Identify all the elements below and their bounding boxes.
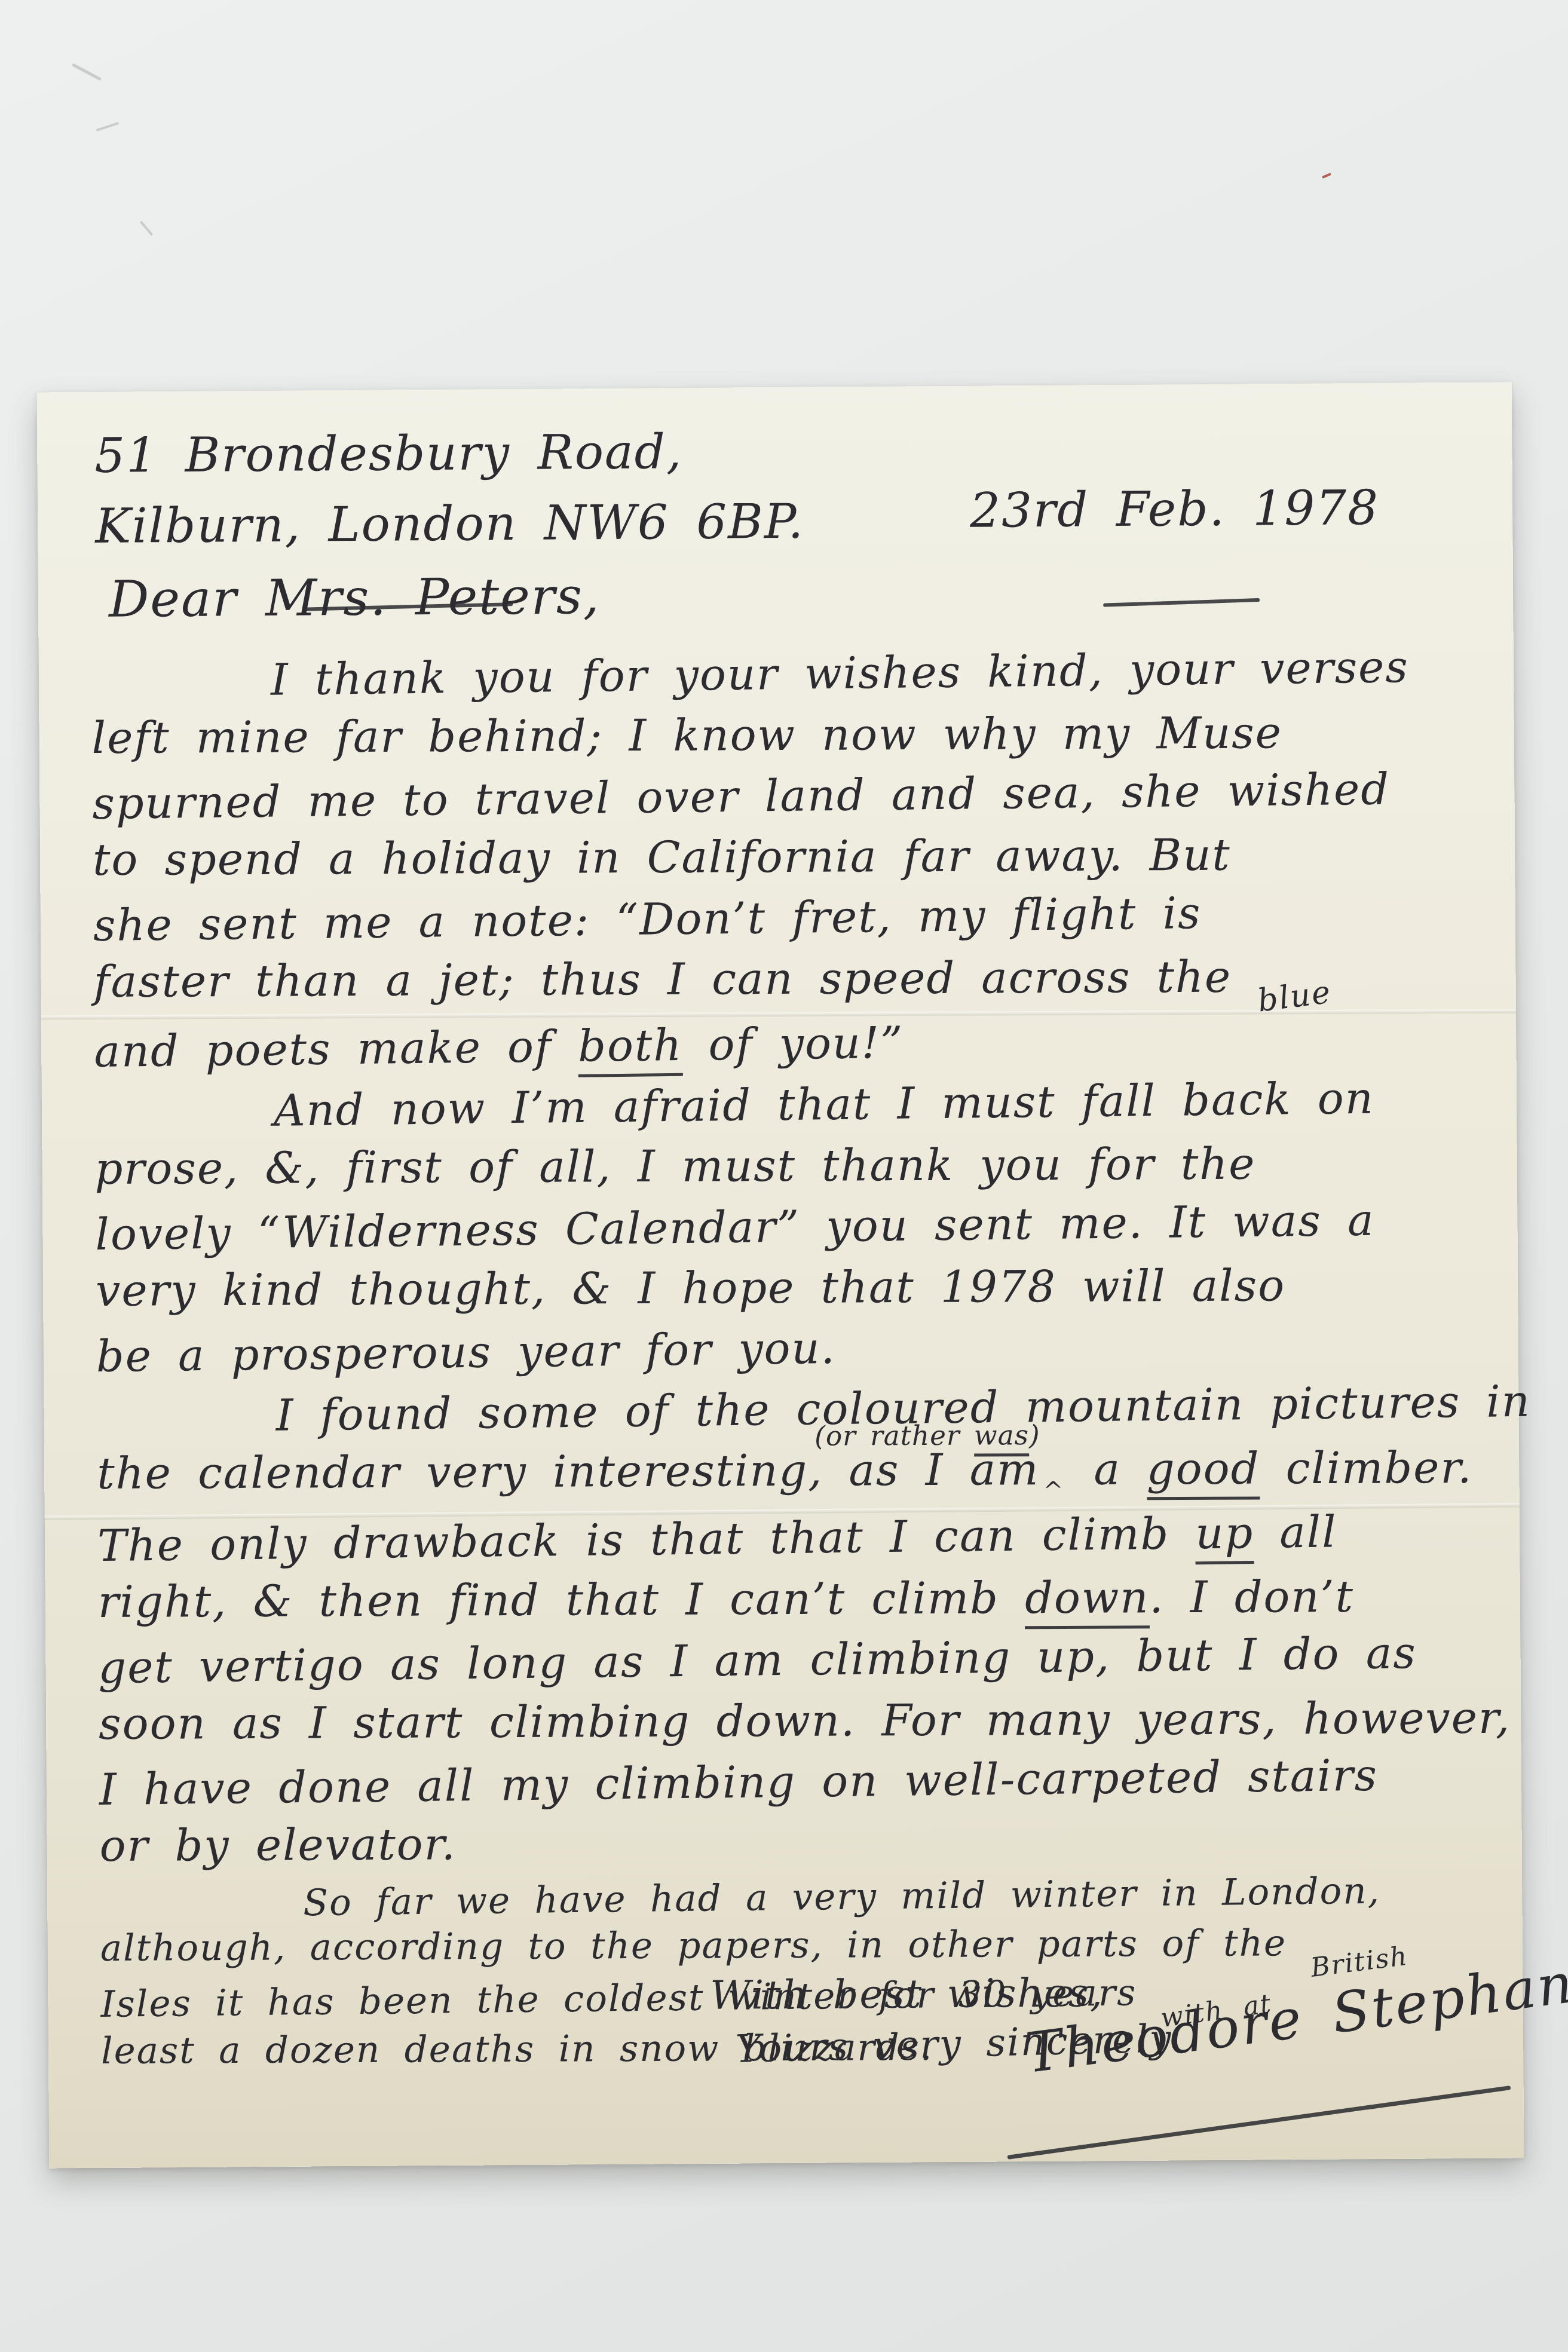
letter-line: prose, &, first of all, I must thank you… bbox=[95, 1133, 1475, 1200]
letter-line: to spend a holiday in California far awa… bbox=[93, 824, 1473, 891]
underlined-word: both bbox=[578, 1020, 683, 1077]
background-smudge bbox=[140, 220, 153, 236]
signature-flourish bbox=[1007, 2085, 1511, 2160]
letter-line: the calendar very interesting, as I am^ … bbox=[97, 1438, 1477, 1511]
letter-date: 23rd Feb. 1978 bbox=[970, 480, 1379, 538]
background-smudge bbox=[96, 122, 119, 131]
letter-body: I thank you for your wishes kind, your v… bbox=[91, 639, 1482, 2077]
photo-background: 51 Brondesbury Road, Kilburn, London NW6… bbox=[0, 0, 1568, 2352]
letter-sheet: 51 Brondesbury Road, Kilburn, London NW6… bbox=[37, 382, 1524, 2168]
letter-line: get vertigo as long as I am climbing up,… bbox=[98, 1622, 1479, 1699]
salutation: Dear Mrs. Peters, bbox=[109, 566, 601, 629]
letter-paragraph: And now I’m afraid that I must fall back… bbox=[94, 1070, 1477, 1385]
letter-line: left mine far behind; I know now why my … bbox=[91, 702, 1472, 769]
letter-line: lovely “Wilderness Calendar” you sent me… bbox=[95, 1189, 1476, 1266]
letter-line: faster than a jet; thus I can speed acro… bbox=[93, 946, 1474, 1017]
letter-line: she sent me a note: “Don’t fret, my flig… bbox=[93, 880, 1474, 957]
letter-paragraph: I thank you for your wishes kind, your v… bbox=[91, 639, 1475, 1080]
date-underline bbox=[1103, 598, 1260, 607]
letter-line: I thank you for your wishes kind, your v… bbox=[91, 636, 1472, 713]
letter-line: spurned me to travel over land and sea, … bbox=[92, 758, 1473, 835]
underlined-word: good bbox=[1147, 1443, 1260, 1500]
sender-address: 51 Brondesbury Road, Kilburn, London NW6… bbox=[94, 416, 804, 562]
interline-insertion: (or rather was) bbox=[814, 1405, 1040, 1467]
letter-line: very kind thought, & I hope that 1978 wi… bbox=[96, 1255, 1476, 1322]
address-line-2: Kilburn, London NW6 6BP. bbox=[95, 486, 805, 562]
address-line-1: 51 Brondesbury Road, bbox=[94, 416, 804, 491]
red-scratch-mark bbox=[1322, 173, 1331, 179]
letter-line: soon as I start climbing down. For many … bbox=[99, 1688, 1479, 1755]
underlined-word: was bbox=[974, 1419, 1029, 1456]
letter-line: I have done all my climbing on well-carp… bbox=[99, 1744, 1480, 1821]
letter-line: or by elevator. bbox=[99, 1810, 1480, 1877]
underlined-word: down bbox=[1025, 1572, 1150, 1629]
letter-line: right, & then find that I can’t climb do… bbox=[98, 1566, 1478, 1633]
closing-with-best-wishes: With best wishes, bbox=[710, 1970, 1104, 2019]
letter-paragraph: I found some of the coloured mountain pi… bbox=[96, 1375, 1480, 1879]
background-smudge bbox=[72, 63, 102, 81]
letter-line: The only drawback is that that I can cli… bbox=[97, 1500, 1478, 1577]
underlined-word: up bbox=[1195, 1508, 1254, 1564]
